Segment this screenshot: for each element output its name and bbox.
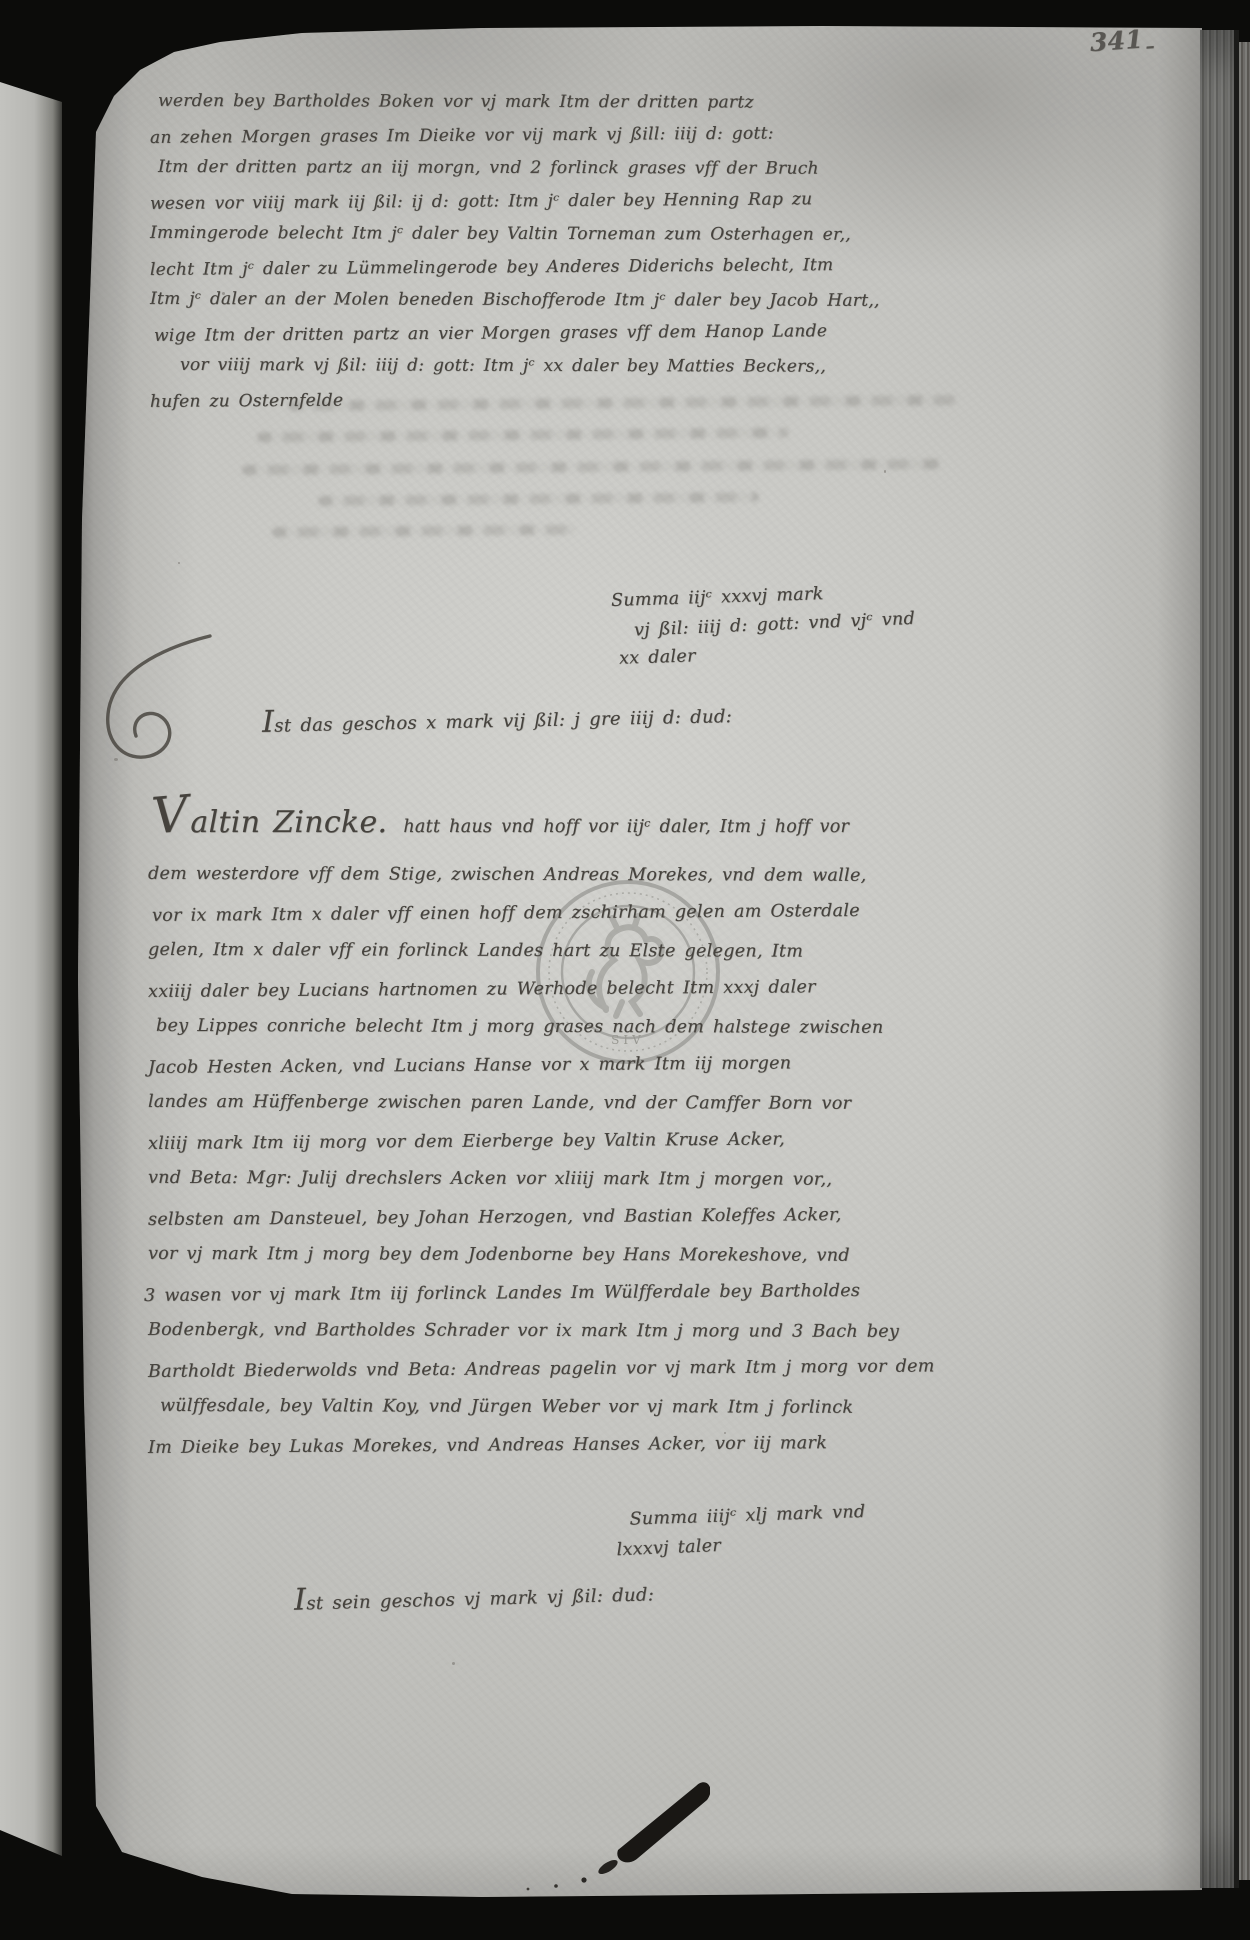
ink-blot — [500, 1768, 710, 1898]
entry2-paragraph: dem westerdore vff dem Stige, zwischen A… — [148, 856, 988, 1464]
manuscript-line: Bartholdt Biederwolds vnd Beta: Andreas … — [148, 1347, 988, 1391]
manuscript-line: bey Lippes conriche belecht Itm j morg g… — [156, 1007, 988, 1047]
bleed-line — [272, 525, 576, 538]
book-fore-edge — [1200, 30, 1234, 1888]
folio-number-value: 341 — [1089, 25, 1144, 58]
ink-blot-dot — [527, 1888, 530, 1891]
manuscript-line: 3 wasen vor vj mark Itm iij forlinck Lan… — [144, 1271, 988, 1315]
manuscript-page: 341– werden bey Bartholdes Boken vor vj … — [62, 0, 1202, 1940]
manuscript-line: Itm jᶜ daler an der Molen beneden Bischo… — [150, 283, 980, 318]
manuscript-line: landes am Hüffenberge zwischen paren Lan… — [148, 1083, 988, 1123]
manuscript-line: wesen vor viiij mark iij ßil: ij d: gott… — [150, 182, 980, 221]
manuscript-line: lecht Itm jᶜ daler zu Lümmelingerode bey… — [150, 248, 980, 287]
bleed-line — [242, 459, 941, 475]
manuscript-photo: 341– werden bey Bartholdes Boken vor vj … — [0, 0, 1250, 1940]
manuscript-line: Im Dieike bey Lukas Morekes, vnd Andreas… — [148, 1423, 988, 1467]
manuscript-line: hufen zu Osternfelde — [150, 380, 980, 419]
manuscript-line: an zehen Morgen grases Im Dieike vor vij… — [150, 116, 980, 155]
manuscript-line: xxiiij daler bey Lucians hartnomen zu We… — [148, 967, 988, 1011]
entry1-geschoss: Ist das geschos x mark vij ßil: j gre ii… — [262, 695, 733, 740]
entry1-summa: Summa iijᶜ xxxvj markvj ßil: iiij d: got… — [617, 577, 917, 674]
bleed-line — [318, 492, 759, 506]
speck — [452, 1662, 455, 1665]
manuscript-line: vnd Beta: Mgr: Julij drechslers Acken vo… — [148, 1159, 988, 1199]
speck — [884, 470, 886, 473]
folio-number-dash: – — [1145, 36, 1156, 58]
manuscript-line: wülffesdale, bey Valtin Koy, vnd Jürgen … — [160, 1387, 988, 1427]
manuscript-line: Bodenbergk, vnd Bartholdes Schrader vor … — [148, 1311, 988, 1351]
ink-blot-dot — [554, 1884, 558, 1888]
ink-blot-streak — [617, 1782, 710, 1862]
pen-flourish — [92, 628, 242, 803]
entry2-geschoss: Ist sein geschos vj mark vj ßil: dud: — [294, 1573, 655, 1617]
book-fore-edge-outer — [1239, 42, 1250, 1880]
manuscript-line: Itm der dritten partz an iij morgn, vnd … — [158, 151, 980, 186]
manuscript-line: Immingerode belecht Itm jᶜ daler bey Val… — [150, 217, 980, 252]
bleed-through-text — [242, 398, 1002, 558]
facing-page-edge — [0, 82, 62, 1856]
entry2-heading: V altin Zincke. hatt haus vnd hoff vor i… — [152, 790, 849, 840]
heading-name: altin Zincke. — [190, 805, 387, 840]
manuscript-line: gelen, Itm x daler vff ein forlinck Land… — [148, 931, 988, 971]
flourish-stroke — [108, 636, 210, 757]
manuscript-line: vor ix mark Itm x daler vff einen hoff d… — [152, 891, 988, 935]
folio-number: 341– — [1089, 24, 1156, 61]
ink-blot-dot — [581, 1877, 586, 1882]
manuscript-line: dem westerdore vff dem Stige, zwischen A… — [148, 855, 988, 895]
manuscript-line: vor viiij mark vj ßil: iiij d: gott: Itm… — [180, 349, 980, 384]
ink-blot-drop — [596, 1857, 619, 1876]
entry2-summa: Summa iiijᶜ xlj mark vndlxxxvj taler — [615, 1498, 867, 1565]
manuscript-line: xliiij mark Itm iij morg vor dem Eierber… — [148, 1119, 988, 1163]
bleed-line — [257, 428, 789, 443]
manuscript-line: Jacob Hesten Acken, vnd Lucians Hanse vo… — [148, 1043, 988, 1087]
manuscript-line: wige Itm der dritten partz an vier Morge… — [154, 314, 980, 353]
heading-continuation: hatt haus vnd hoff vor iijᶜ daler, Itm j… — [403, 817, 849, 837]
manuscript-line: selbsten am Dansteuel, bey Johan Herzoge… — [148, 1195, 988, 1239]
manuscript-line: vor vj mark Itm j morg bey dem Jodenborn… — [148, 1235, 988, 1275]
entry1-paragraph: werden bey Bartholdes Boken vor vj mark … — [150, 86, 980, 416]
heading-initial: V — [150, 789, 191, 842]
manuscript-line: werden bey Bartholdes Boken vor vj mark … — [158, 85, 980, 120]
speck — [178, 562, 180, 564]
